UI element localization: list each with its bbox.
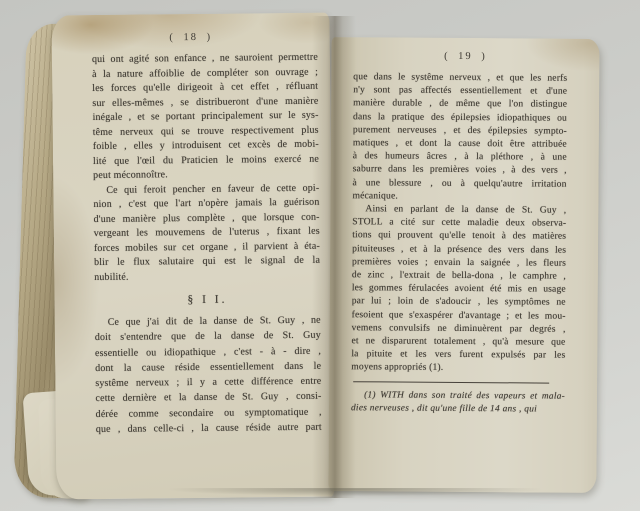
text-line: que , dans celle-ci , la cause réside au… xyxy=(96,420,322,438)
text-line: tions qui prouvent qu'elle tenoit à des … xyxy=(352,229,566,244)
section-heading: § I I. xyxy=(94,293,320,307)
footnote-divider xyxy=(353,381,549,384)
text-line: moyens appropriés (1). xyxy=(351,361,565,376)
left-page-text-column: qui ont agité son enfance , ne sauroient… xyxy=(92,51,322,438)
right-page-text-column: que dans le systême nerveux , et que les… xyxy=(351,70,567,417)
text-line: dans la pratique des épilepsies idiopath… xyxy=(353,110,567,125)
text-line: vergeant les mouvemens de l'uterus , fix… xyxy=(94,225,320,242)
text-line: doit s'entendre que de la danse de St. G… xyxy=(95,328,321,346)
text-line: blir le flux salutaire qui est le signal… xyxy=(94,254,320,271)
text-line: foible , elles y introduisent cet excès … xyxy=(93,138,319,155)
left-page-paragraphs-2: Ce que j'ai dit de la danse de St. Guy ,… xyxy=(95,313,322,438)
right-page-paragraphs: que dans le systême nerveux , et que les… xyxy=(351,70,567,375)
footnote: (1) WITH dans son traité des vapeurs et … xyxy=(351,389,565,417)
text-line: à une blessure , ou à quelqu'autre irrit… xyxy=(353,176,567,191)
text-line: fesoient que s'exaspérer d'avantage ; et… xyxy=(352,308,566,323)
text-line: par lui ; loin de s'adoucir , les symptô… xyxy=(352,295,566,310)
right-page-number: ( 19 ) xyxy=(331,50,599,63)
right-page: ( 19 ) que dans le systême nerveux , et … xyxy=(328,37,599,493)
left-page: ( 18 ) qui ont agité son enfance , ne sa… xyxy=(51,13,334,500)
left-page-number: ( 18 ) xyxy=(52,31,330,45)
text-line: manière durable , de même que l'on disti… xyxy=(353,97,567,112)
text-line: inégale , et se portant principalement s… xyxy=(92,109,318,126)
text-line: nubilité. xyxy=(94,268,320,285)
text-line: saburre dans les premières voies , à des… xyxy=(353,163,567,178)
text-line: nion , c'est que l'art n'opère jamais la… xyxy=(93,196,319,213)
footnote-line: dies nerveuses , dit qu'une fille de 14 … xyxy=(351,403,565,418)
text-line: lité que l'œil du Praticien le moins exe… xyxy=(93,152,319,169)
text-line: pituiteuses , et à la présence des vers … xyxy=(352,242,566,257)
left-page-paragraphs: qui ont agité son enfance , ne sauroient… xyxy=(92,51,320,285)
